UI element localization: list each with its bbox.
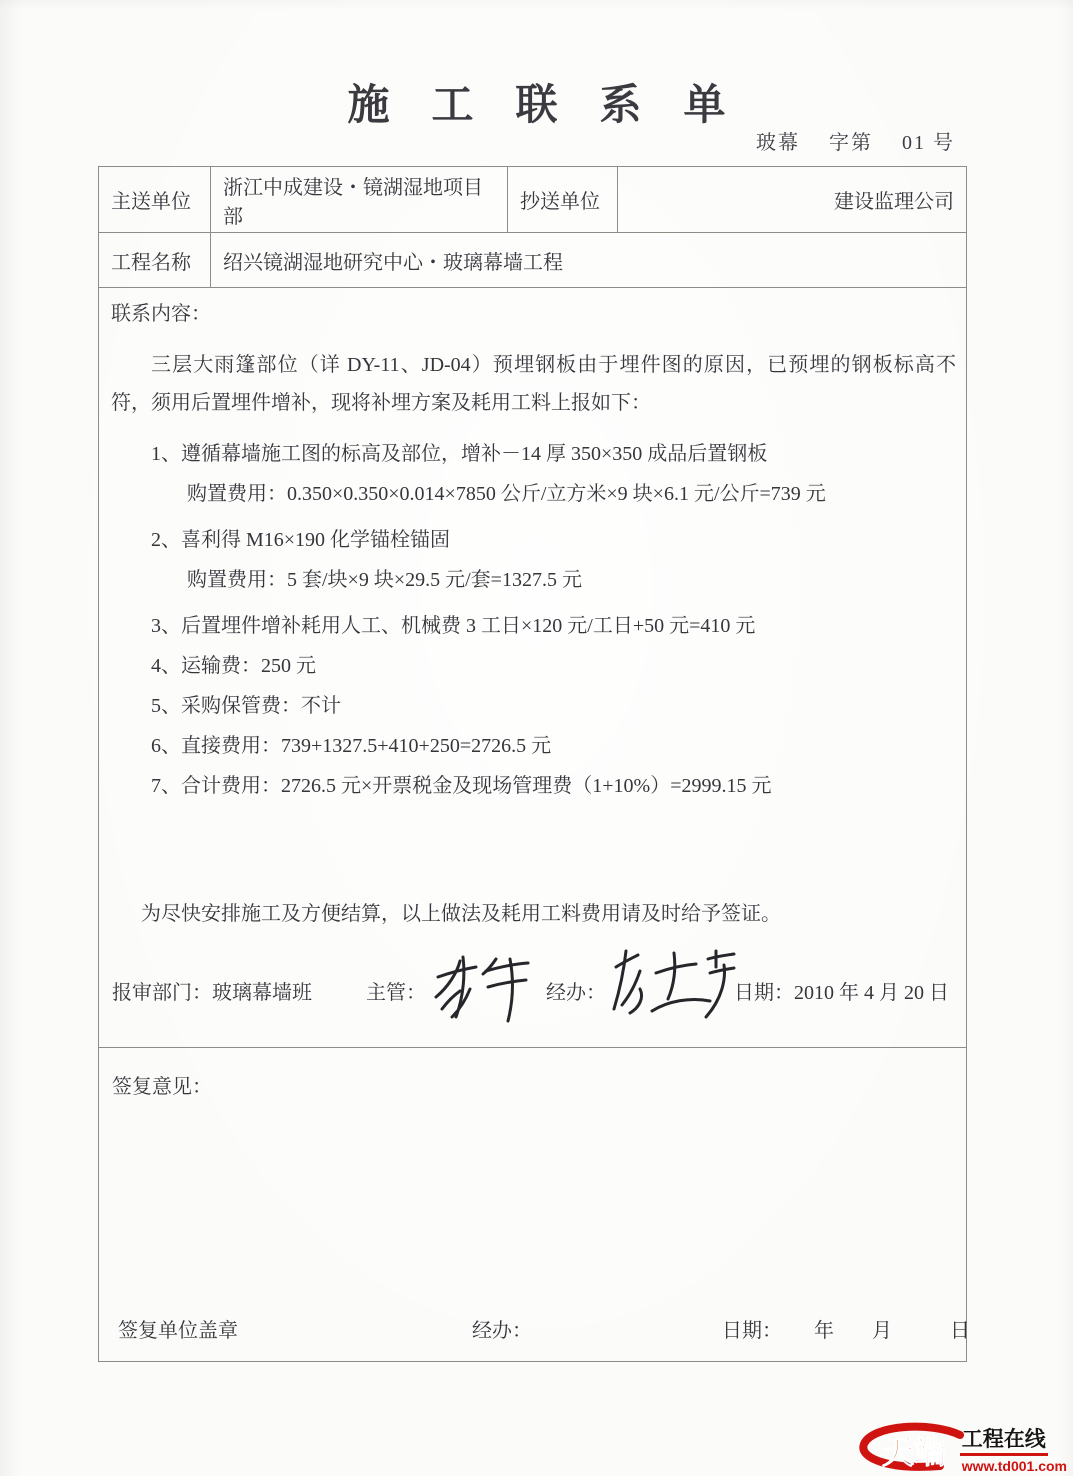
cost-item-list: 1、遵循幕墙施工图的标高及部位，增补－14 厚 350×350 成品后置钢板 购… bbox=[111, 442, 954, 798]
brand-name: 天端 bbox=[882, 1434, 946, 1470]
list-item: 5、采购保管费：不计 bbox=[151, 694, 954, 718]
contact-form-table: 主送单位 浙江中成建设・镜湖湿地项目部 抄送单位 建设监理公司 工程名称 绍兴镜… bbox=[98, 166, 967, 1362]
report-date: 日期：2010 年 4 月 20 日 bbox=[734, 976, 949, 1005]
table-row: 工程名称 绍兴镜湖湿地研究中心・玻璃幕墙工程 bbox=[99, 233, 966, 288]
reply-cell: 签复意见： 签复单位盖章 经办： 日期： 年 月 日 bbox=[99, 1048, 966, 1361]
watermark-logo: 天端 工程在线 www.td001.com bbox=[856, 1422, 1067, 1474]
list-item: 购置费用：5 套/块×9 块×29.5 元/套=1327.5 元 bbox=[187, 568, 954, 592]
report-dept: 报审部门：玻璃幕墙班 bbox=[112, 976, 312, 1005]
copy-to-value: 建设监理公司 bbox=[618, 167, 966, 232]
brand-swoosh-icon: 天端 bbox=[856, 1422, 966, 1474]
list-item: 购置费用：0.350×0.350×0.014×7850 公斤/立方米×9 块×6… bbox=[187, 482, 954, 506]
list-item: 4、运输费：250 元 bbox=[151, 654, 954, 678]
contact-content-cell: 联系内容： 三层大雨篷部位（详 DY-11、JD-04）预埋钢板由于埋件图的原因… bbox=[99, 288, 966, 1048]
main-to-label: 主送单位 bbox=[99, 167, 211, 232]
project-name-label: 工程名称 bbox=[99, 233, 211, 287]
reply-signature-line: 签复单位盖章 经办： 日期： 年 月 日 bbox=[112, 1315, 956, 1343]
list-item: 1、遵循幕墙施工图的标高及部位，增补－14 厚 350×350 成品后置钢板 bbox=[151, 442, 954, 466]
reply-opinion-label: 签复意见： bbox=[112, 1070, 212, 1099]
supervisor-label: 主管： bbox=[366, 976, 426, 1005]
scanned-document-page: 施工联系单 玻幕 字第 01 号 主送单位 浙江中成建设・镜湖湿地项目部 抄送单… bbox=[0, 0, 1073, 1476]
reply-stamp-label: 签复单位盖章 bbox=[118, 1314, 238, 1343]
reply-month-label: 月 bbox=[872, 1314, 892, 1343]
closing-sentence: 为尽快安排施工及方便结算，以上做法及耗用工料费用请及时给予签证。 bbox=[141, 902, 954, 926]
list-item: 6、直接费用：739+1327.5+410+250=2726.5 元 bbox=[151, 734, 954, 758]
list-item: 3、后置埋件增补耗用人工、机械费 3 工日×120 元/工日+50 元=410 … bbox=[151, 614, 954, 638]
handler-label: 经办： bbox=[546, 976, 606, 1005]
handler-signature bbox=[610, 945, 736, 1025]
supervisor-signature bbox=[430, 951, 536, 1025]
project-name-value: 绍兴镜湖湿地研究中心・玻璃幕墙工程 bbox=[211, 233, 966, 287]
brand-text-block: 工程在线 www.td001.com bbox=[960, 1428, 1067, 1474]
reply-date-label: 日期： bbox=[722, 1314, 782, 1343]
table-row: 主送单位 浙江中成建设・镜湖湿地项目部 抄送单位 建设监理公司 bbox=[99, 167, 966, 233]
copy-to-label: 抄送单位 bbox=[508, 167, 618, 232]
contact-content: 联系内容： 三层大雨篷部位（详 DY-11、JD-04）预埋钢板由于埋件图的原因… bbox=[99, 288, 966, 926]
reply-handler-label: 经办： bbox=[472, 1314, 532, 1343]
document-number: 玻幕 字第 01 号 bbox=[756, 126, 955, 155]
reply-day-label: 日 bbox=[950, 1314, 970, 1343]
list-item: 2、喜利得 M16×190 化学锚栓锚固 bbox=[151, 528, 954, 552]
content-intro-paragraph: 三层大雨篷部位（详 DY-11、JD-04）预埋钢板由于埋件图的原因，已预埋的钢… bbox=[111, 346, 956, 422]
list-item: 7、合计费用：2726.5 元×开票税金及现场管理费（1+10%）=2999.1… bbox=[151, 774, 954, 798]
page-title: 施工联系单 bbox=[0, 72, 1073, 132]
reply-year-label: 年 bbox=[814, 1314, 834, 1343]
report-signature-line: 报审部门：玻璃幕墙班 主管： 经办： bbox=[112, 959, 958, 1031]
brand-url: www.td001.com bbox=[960, 1458, 1067, 1474]
main-to-value: 浙江中成建设・镜湖湿地项目部 bbox=[211, 167, 508, 232]
brand-caption: 工程在线 bbox=[960, 1428, 1048, 1456]
content-section-label: 联系内容： bbox=[111, 302, 954, 326]
